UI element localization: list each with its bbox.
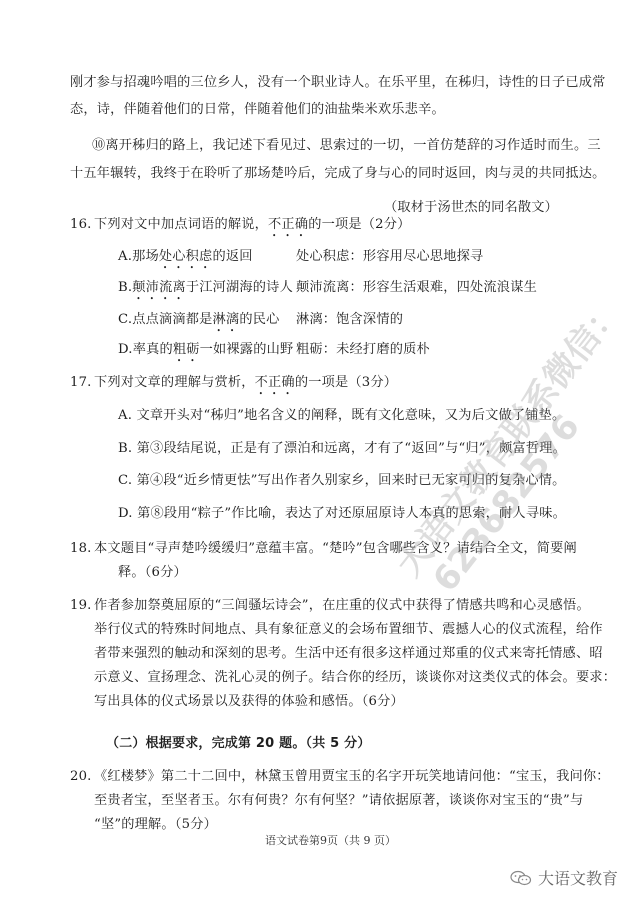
wechat-icon [510,870,532,886]
question-18-line2: 释。（6分） [118,564,187,582]
question-19-line4: 示意义、宣扬理念、洗礼心灵的例子。结合你的经历，谈谈你对这类仪式的体会。要求： [94,669,616,687]
question-19-line2: 举行仪式的特殊时间地点、具有象征意义的会场布置细节、震撼人心的仪式流程，给作 [94,621,603,639]
question-number: 19. [70,597,94,615]
section-2-heading: （二）根据要求，完成第 20 题。（共 5 分） [106,735,371,753]
passage-para10-line2: 十五年辗转，我终于在聆听了那场楚吟后，完成了身与心的同时返回，肉与灵的共同抵达。 [70,165,606,183]
question-16-stem: 16.下列对文中加点词语的解说，不正确的一项是（2分） [70,216,411,240]
option-emphasis: 粗砺 [173,342,200,357]
option-text: 的返回 [212,249,252,264]
option-emphasis: 颠沛流离 [132,280,186,295]
question-number: 16. [70,216,94,234]
stem-text: 的一项是（2分） [308,217,410,232]
exam-page: 刚才参与招魂吟唱的三位乡人，没有一个职业诗人。在乐平里，在秭归，诗性的日子已成常… [0,0,640,906]
question-17-stem: 17.下列对文章的理解与赏析，不正确的一项是（3分） [70,374,397,398]
question-16-option-a: A.那场处心积虑的返回 处心积虑：形容用尽心思地探寻 [118,248,638,272]
option-explanation: 处心积虑：形容用尽心思地探寻 [296,248,483,266]
question-20-line3: “坚”的理解。（5分） [94,816,217,834]
question-17-option-b: B. 第③段结尾说，正是有了漂泊和远离，才有了“返回”与“归”，颇富哲理。 [118,440,566,458]
option-explanation: 粗砺：未经打磨的质朴 [296,341,430,359]
question-17-option-d: D. 第⑧段用“粽子”作比喻，表达了对还原屈原诗人本真的思索，耐人寻味。 [118,505,566,523]
question-20-line2: 至贵者宝，至坚者玉。尔有何贵？尔有何坚？”请依据原著，谈谈你对宝玉的“贵”与 [94,792,583,810]
question-number: 17. [70,374,94,392]
stem-text: 下列对文中加点词语的解说， [94,217,268,232]
stem-emphasis: 不正确 [268,217,308,232]
option-explanation: 淋漓：饱含深情的 [296,311,403,329]
stem-text: 下列对文章的理解与赏析， [94,375,255,390]
question-16-option-d: D.率真的粗砺一如裸露的山野 粗砺：未经打磨的质朴 [118,341,638,365]
question-text: 本文题目“寻声楚吟缓缓归”意蕴丰富。“楚吟”包含哪些含义？请结合全文，简要阐 [94,541,577,556]
option-text: D.率真的 [118,342,173,357]
question-number: 18. [70,540,94,558]
option-explanation: 颠沛流离：形容生活艰难，四处流浪谋生 [296,279,537,297]
option-text: B. [118,280,132,295]
question-number: 20. [70,768,94,786]
stem-emphasis: 不正确 [255,375,295,390]
question-16-option-b: B.颠沛流离于江河湖海的诗人 颠沛流离：形容生活艰难，四处流浪谋生 [118,279,638,303]
stem-text: 的一项是（3分） [295,375,397,390]
option-text: A.那场 [118,249,159,264]
option-text: 一如裸露的山野 [200,342,294,357]
question-19-line3: 者带来强烈的触动和深刻的思考。生活中还有很多这样通过郑重的仪式来寄托情感、昭 [94,645,603,663]
passage-source: （取材于汤世杰的同名散文） [384,199,558,217]
page-footer: 语文试卷第9页（共 9 页） [265,832,396,848]
option-text: 于江河湖海的诗人 [186,280,293,295]
passage-para10-line1: ⑩离开秭归的路上，我记述下看见过、思索过的一切，一首仿楚辞的习作适时而生。三 [92,137,601,155]
option-text: C.点点滴滴都是 [118,312,213,327]
question-18-line1: 18.本文题目“寻声楚吟缓缓归”意蕴丰富。“楚吟”包含哪些含义？请结合全文，简要… [70,540,577,558]
question-17-option-a: A. 文章开头对“秭归”地名含义的阐释，既有文化意味，又为后文做了铺垫。 [118,407,565,425]
brand-name: 大语文教育 [538,866,618,889]
question-text: 《红楼梦》第二十二回中，林黛玉曾用贾宝玉的名字开玩笑地请问他：“宝玉，我问你： [94,769,610,784]
question-17-option-c: C. 第④段“近乡情更怯”写出作者久别家乡，回来时已无家可归的复杂心情。 [118,472,566,490]
option-emphasis: 处心积虑 [159,249,213,264]
option-text: 的民心 [239,312,279,327]
question-20-line1: 20.《红楼梦》第二十二回中，林黛玉曾用贾宝玉的名字开玩笑地请问他：“宝玉，我问… [70,768,610,786]
passage-para9-line1: 刚才参与招魂吟唱的三位乡人，没有一个职业诗人。在乐平里，在秭归，诗性的日子已成常 [70,74,606,92]
brand-mark: 大语文教育 [510,866,618,889]
passage-para9-line2: 态，诗，伴随着他们的日常，伴随着他们的油盐柴米欢乐悲辛。 [70,101,445,119]
question-19-line5: 写出具体的仪式场景以及获得的体验和感悟。（6分） [94,693,404,711]
question-text: 作者参加祭奠屈原的“三闾骚坛诗会”，在庄重的仪式中获得了情感共鸣和心灵感悟。 [94,598,590,613]
question-19-line1: 19.作者参加祭奠屈原的“三闾骚坛诗会”，在庄重的仪式中获得了情感共鸣和心灵感悟… [70,597,590,615]
question-16-option-c: C.点点滴滴都是淋漓的民心 淋漓：饱含深情的 [118,311,638,335]
option-emphasis: 淋漓 [213,312,240,327]
